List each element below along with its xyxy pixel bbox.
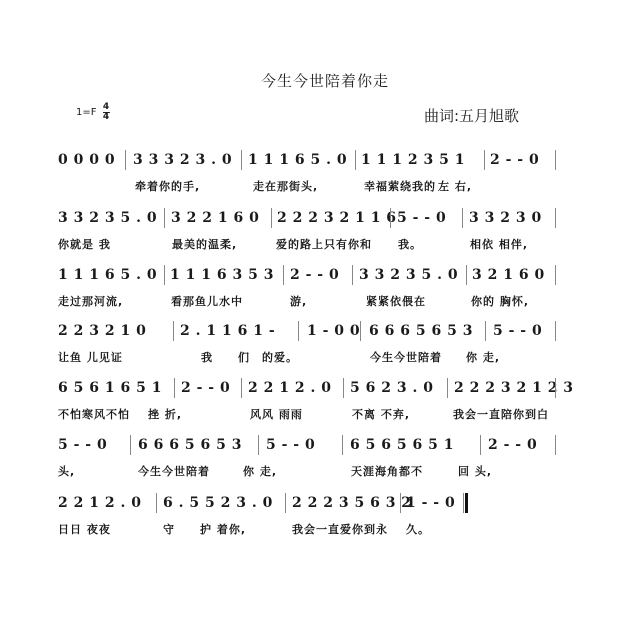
lyric: 牵着你的手,: [135, 178, 200, 194]
lyric: 你的 胸怀,: [471, 293, 529, 309]
final-barline: [465, 493, 468, 513]
barline: [343, 378, 344, 398]
barline: [355, 150, 356, 170]
lyric: 我。: [398, 236, 422, 252]
measure: 1 1 1 6 3 5 3: [170, 267, 274, 283]
measure: 6 . 5 5 2 3 . 0: [163, 495, 273, 511]
barline: [462, 208, 463, 228]
barline: [173, 321, 174, 341]
measure: 3 3 2 3 5 . 0: [58, 210, 157, 226]
lyric: 爱的路上只有你和: [276, 236, 372, 252]
barline: [164, 208, 165, 228]
lyric: 回 头,: [458, 463, 492, 479]
lyric: 我会一直爱你到永: [292, 521, 388, 537]
measure: 1 1 1 6 5 . 0: [248, 152, 347, 168]
lyric: 相依 相伴,: [470, 236, 528, 252]
measure: 0 0 0 0: [58, 152, 115, 168]
barline: [555, 150, 556, 170]
measure: 3 3 2 3 5 . 0: [359, 267, 458, 283]
lyric: 守: [163, 521, 175, 537]
barline: [283, 265, 284, 285]
measure: 2 2 2 3 5 6 3 2: [292, 495, 412, 511]
barline: [485, 321, 486, 341]
lyric: 走过那河流,: [58, 293, 123, 309]
barline: [555, 435, 556, 455]
barline: [466, 265, 467, 285]
measure: 2 2 2 3 2 1 1 6: [277, 210, 397, 226]
measure: 2 2 3 2 1 0: [58, 323, 146, 339]
barline: [447, 378, 448, 398]
time-bottom: 4: [103, 113, 109, 122]
barline: [352, 265, 353, 285]
lyric: 久。: [406, 521, 430, 537]
measure: 5 - - 0: [58, 437, 107, 453]
barline: [258, 435, 259, 455]
lyric: 的爱。: [262, 349, 298, 365]
author-credit: 曲词:五月旭歌: [424, 105, 519, 126]
lyric: 左 右,: [438, 178, 472, 194]
staff-row: 2 2 3 2 1 02 . 1 1 6 1 -1 - 0 06 6 6 5 6…: [58, 323, 578, 373]
measure: 2 2 1 2 . 0: [248, 380, 331, 396]
staff-row: 5 - - 06 6 6 5 6 5 35 - - 06 5 6 5 6 5 1…: [58, 437, 578, 487]
barline: [156, 493, 157, 513]
lyric: 我会一直陪你到白: [453, 406, 549, 422]
measure: 2 2 1 2 . 0: [58, 495, 141, 511]
lyric: 紧紧依偎在: [366, 293, 426, 309]
lyric: 你就是 我: [58, 236, 111, 252]
staff-row: 6 5 6 1 6 5 12 - - 02 2 1 2 . 05 6 2 3 .…: [58, 380, 578, 430]
measure: 1 - - 0: [406, 495, 455, 511]
barline: [555, 378, 556, 398]
measure: 6 5 6 5 6 5 1: [350, 437, 454, 453]
measure: 1 1 1 6 5 . 0: [58, 267, 157, 283]
lyric: 不离 不弃,: [352, 406, 410, 422]
lyric: 走在那街头,: [253, 178, 318, 194]
key-signature: 1=F 4 4: [76, 103, 110, 122]
measure: 5 - - 0: [266, 437, 315, 453]
lyric: 日日 夜夜: [58, 521, 111, 537]
measure: 1 - 0 0: [307, 323, 360, 339]
barline: [342, 435, 343, 455]
measure: 3 3 3 2 3 . 0: [133, 152, 232, 168]
barline: [400, 493, 401, 513]
measure: 3 2 2 1 6 0: [171, 210, 259, 226]
time-signature: 4 4: [103, 103, 110, 122]
staff-row: 3 3 2 3 5 . 03 2 2 1 6 02 2 2 3 2 1 1 65…: [58, 210, 578, 260]
lyric: 看那鱼儿水中: [171, 293, 243, 309]
barline: [241, 378, 242, 398]
song-title: 今生今世陪着你走: [0, 70, 640, 91]
lyric: 不怕寒风不怕: [58, 406, 130, 422]
barline: [360, 321, 361, 341]
barline: [285, 493, 286, 513]
lyric: 护 着你,: [200, 521, 246, 537]
barline: [555, 208, 556, 228]
barline: [130, 435, 131, 455]
lyric: 游,: [290, 293, 307, 309]
barline: [555, 321, 556, 341]
staff-row: 0 0 0 03 3 3 2 3 . 01 1 1 6 5 . 01 1 1 2…: [58, 152, 578, 202]
measure: 2 . 1 1 6 1 -: [180, 323, 275, 339]
measure: 1 1 1 2 3 5 1: [361, 152, 465, 168]
barline: [463, 493, 464, 513]
lyric: 头,: [58, 463, 75, 479]
barline: [241, 150, 242, 170]
measure: 2 - - 0: [181, 380, 230, 396]
lyric: 今生今世陪着: [138, 463, 210, 479]
staff-row: 2 2 1 2 . 06 . 5 5 2 3 . 02 2 2 3 5 6 3 …: [58, 495, 578, 545]
lyric: 今生今世陪着: [370, 349, 442, 365]
lyric: 天涯海角都不: [351, 463, 423, 479]
lyric: 我: [201, 349, 213, 365]
measure: 2 - - 0: [290, 267, 339, 283]
barline: [484, 150, 485, 170]
measure: 5 6 2 3 . 0: [350, 380, 433, 396]
measure: 6 5 6 1 6 5 1: [58, 380, 162, 396]
barline: [298, 321, 299, 341]
key-label: 1=F: [76, 107, 97, 118]
measure: 6 6 6 5 6 5 3: [369, 323, 473, 339]
measure: 5 - - 0: [397, 210, 446, 226]
lyric: 风风 雨雨: [250, 406, 303, 422]
barline: [390, 208, 391, 228]
lyric: 最美的温柔,: [172, 236, 237, 252]
lyric: 你 走,: [243, 463, 277, 479]
barline: [480, 435, 481, 455]
lyric: 挫 折,: [148, 406, 182, 422]
measure: 5 - - 0: [493, 323, 542, 339]
barline: [125, 150, 126, 170]
barline: [271, 208, 272, 228]
measure: 3 2 1 6 0: [472, 267, 545, 283]
lyric: 让鱼 儿见证: [58, 349, 123, 365]
lyric: 们: [238, 349, 250, 365]
barline: [174, 378, 175, 398]
measure: 6 6 6 5 6 5 3: [138, 437, 242, 453]
staff-row: 1 1 1 6 5 . 01 1 1 6 3 5 32 - - 03 3 2 3…: [58, 267, 578, 317]
lyric: 你 走,: [466, 349, 500, 365]
measure: 2 - - 0: [490, 152, 539, 168]
barline: [555, 265, 556, 285]
measure: 2 - - 0: [488, 437, 537, 453]
measure: 3 3 2 3 0: [469, 210, 542, 226]
barline: [164, 265, 165, 285]
time-top: 4: [103, 103, 109, 112]
lyric: 幸福萦绕我的: [364, 178, 436, 194]
